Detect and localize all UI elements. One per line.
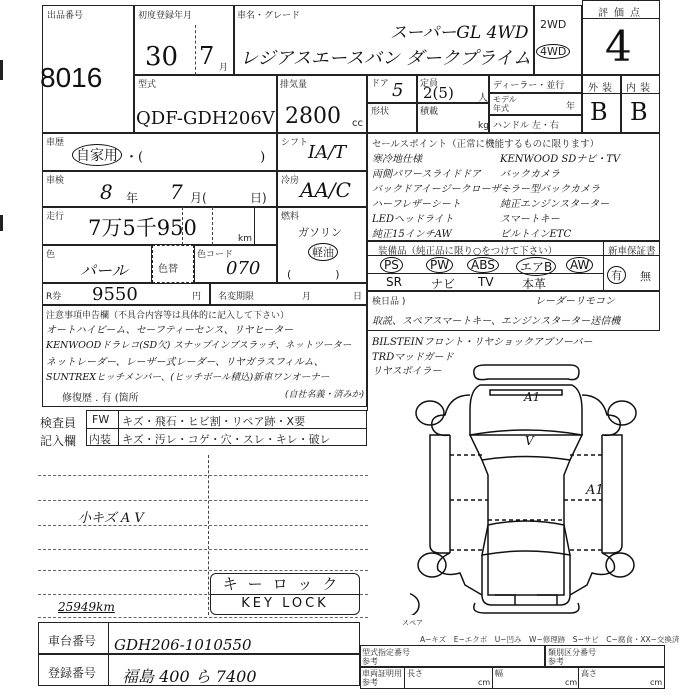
chassis-label: 車台番号 (48, 632, 96, 649)
divider (367, 273, 603, 274)
inspection-month-unit: 月( (190, 189, 207, 206)
scan-edge-mark (0, 215, 3, 231)
inspection-box (42, 171, 277, 207)
sales-point-left-2: 両側パワースライドドア (372, 165, 481, 180)
mileage-label: 走行 (46, 209, 64, 222)
sales-point-right-5: スマートキー (500, 210, 560, 225)
aircon-value: AA/C (300, 178, 351, 202)
sales-point-left-1: 寒冷地仕様 (372, 150, 422, 165)
capacity-unit: 人 (478, 89, 488, 104)
scan-edge-mark (0, 60, 3, 80)
equipment-leather: 本革 (522, 275, 546, 292)
divider (582, 93, 660, 94)
fuel-label: 燃料 (281, 209, 299, 222)
remarks-label: 注意事項申告欄（不具合内容等は具体的に記入して下さい） (46, 308, 289, 321)
registration-label: 登録番号 (48, 664, 96, 681)
inspection-month: 7 (170, 180, 183, 204)
first-registration-year: 30 (145, 42, 178, 72)
dimensions-box (360, 667, 665, 689)
accessories-line-1: レーダーリモコン (535, 292, 615, 307)
note-line (38, 617, 368, 618)
divider (182, 207, 183, 245)
registration-value: 福島 400 ら 7400 (122, 664, 257, 687)
sales-point-left-3: バックドアイージークローザー (372, 180, 511, 195)
model-year-label: モデル年式 (493, 95, 523, 113)
damage-mark-hood: A1 (524, 390, 540, 404)
divider (208, 455, 209, 615)
width-unit: cm (565, 678, 577, 687)
recycle-label: R券 (46, 289, 61, 302)
cert-label: 車両証明用 参考 (362, 669, 404, 687)
sales-point-left-4: ハーフレザーシート (372, 195, 461, 210)
divider (195, 25, 196, 75)
remarks-tail-note: (自社名義・済みか) (285, 387, 364, 400)
interior-label: 内装 (626, 79, 654, 94)
model-label: 型式 (138, 77, 156, 90)
length-label: 長さ (407, 668, 423, 679)
first-registration-label: 初度登録年月 (138, 8, 192, 21)
chassis-value: GDH206-1010550 (114, 636, 252, 654)
handle-label: ハンドル 左・右 (493, 118, 559, 131)
inspection-label: 車検 (46, 173, 64, 186)
inspection-year: 8 (100, 180, 113, 204)
capacity-value: 2(5) (423, 84, 454, 102)
damage-legend: A−キズ E−エクボ U−凹み W−修理跡 S−サビ C−腐食・XX−交換済 (420, 634, 679, 645)
sales-point-right-6: ビルトインETC (500, 225, 571, 240)
score-label: 評価点 (598, 4, 646, 19)
recycle-unit: 円 (192, 289, 201, 302)
remarks-line-4: SUNTREXヒッチメンバー、(ヒッチボール積込)新車ワンオーナー (46, 369, 329, 383)
type-designation-label: 型式指定番号 参考 (362, 648, 412, 666)
accessories-line-2: 取説、スペアスマートキー、エンジンスターター送信機 (372, 312, 620, 327)
inspection-year-unit: 年 (126, 189, 138, 206)
divider (404, 667, 405, 689)
sales-point-left-5: LEDヘッドライト (372, 210, 454, 225)
history-suffix: ・( ) (125, 146, 265, 165)
width-label: 幅 (495, 668, 503, 679)
sales-point-right-2: バックカメラ (500, 165, 560, 180)
height-unit: cm (650, 678, 662, 687)
note-line (38, 500, 368, 501)
color-change-label: 色替 (158, 260, 178, 275)
inspector-label-2: 記入欄 (40, 432, 76, 449)
inspector-label-1: 検査員 (40, 414, 76, 431)
spare-label: スペア (402, 618, 423, 628)
divider (603, 241, 604, 291)
repair-history-label: 修復歴 . 有 (箇所 (62, 389, 139, 404)
equipment-airbag: エアB (516, 257, 556, 276)
lot-number: 8016 (40, 62, 102, 94)
exterior-label: 外装 (588, 79, 616, 94)
equipment-sr: SR (386, 275, 402, 289)
load-unit: kg (478, 121, 489, 131)
aircon-label: 冷房 (281, 173, 299, 186)
name-change-month: 月 (302, 289, 311, 302)
remarks-line-2: KENWOODドラレコ(SD欠) スナップインブスラッチ、ネットツーター (46, 337, 351, 351)
fuel-option-diesel: 軽油 (308, 243, 338, 261)
car-grade: スーパーGL 4WD (390, 18, 529, 43)
key-lock-en: KEY LOCK (211, 594, 359, 613)
key-lock-box: キーロック KEY LOCK (210, 573, 360, 615)
mileage-value: 7万5千950 (88, 212, 197, 242)
sales-points-label: セールスポイント（正常に機能するものに限ります） (372, 136, 599, 150)
damage-mark-windshield: V (525, 434, 534, 448)
car-name-label: 車名・グレード (237, 8, 300, 21)
warranty-yes: 有 (607, 266, 626, 284)
history-label: 車歴 (46, 135, 64, 148)
note-line (38, 475, 368, 476)
drive-box (534, 5, 582, 75)
mileage-unit: km (238, 234, 252, 244)
month-unit: 月 (219, 60, 228, 73)
divider (254, 207, 255, 245)
inspector-fw-items: キズ・飛石・ヒビ割・リペア跡・X要 (122, 413, 305, 429)
doors-value: 5 (392, 80, 403, 101)
note-line (38, 570, 368, 571)
sales-point-left-6: 純正15インチAW (372, 225, 452, 240)
sales-point-right-1: KENWOOD SDナビ・TV (500, 150, 620, 165)
equipment-navi: ナビ (431, 275, 455, 292)
color-value: パール (80, 258, 128, 281)
equipment-ps: PS (380, 257, 403, 273)
key-lock-jp: キーロック (211, 574, 359, 594)
length-unit: cm (478, 678, 490, 687)
note-line (38, 549, 368, 550)
first-registration-month: 7 (199, 42, 214, 70)
model-value: QDF-GDH206V (136, 108, 275, 129)
history-value: 自家用 (72, 144, 122, 166)
doors-label: ドア (371, 76, 389, 89)
inspector-fw-label: FW (92, 413, 109, 426)
load-label: 積載 (420, 104, 438, 117)
inspector-interior-items: キズ・汚レ・コゲ・穴・スレ・キレ・破レ (122, 431, 331, 447)
interior-grade: B (630, 98, 648, 126)
sales-point-right-4: 純正エンジンスターター (500, 195, 609, 210)
name-change-label: 名変期限 (218, 289, 254, 302)
recycle-value: 9550 (92, 284, 138, 305)
name-change-day: 日 (353, 289, 362, 302)
accessories-label: 検日品 ) (372, 294, 405, 307)
lot-label: 出品番号 (47, 8, 83, 21)
equipment-abs: ABS (467, 257, 499, 273)
fuel-option-gasoline: ガソリン (298, 224, 342, 240)
shift-label: シフト (281, 135, 308, 148)
equipment-pw: PW (426, 257, 453, 273)
right-note-1: BILSTEINフロント・リヤショックアブソーバー (372, 333, 592, 348)
color-code-value: 070 (226, 258, 260, 279)
damage-mark-right-side: A1 (586, 483, 604, 498)
car-name: レジアスエースバン ダークプライム (240, 44, 531, 70)
height-label: 高さ (581, 668, 597, 679)
shift-value: IA/T (308, 142, 346, 163)
shape-label: 形状 (371, 104, 389, 117)
drive-2wd: 2WD (540, 18, 566, 31)
displacement-value: 2800 (285, 104, 341, 129)
handwritten-mileage: 25949km (58, 600, 115, 614)
displacement-unit: cc (352, 118, 363, 129)
divider (367, 331, 368, 411)
inspector-interior-label: 内装 (89, 431, 111, 447)
model-year-unit: 年 (566, 99, 575, 112)
warranty-label: 新車保証書 (608, 243, 656, 257)
handwritten-note: 小キズ A V (78, 507, 144, 526)
displacement-label: 排気量 (280, 77, 307, 90)
score-value: 4 (605, 22, 632, 71)
remarks-line-3: ネットレーダー、レーザー式レーダー、リヤガラスフィルム、 (46, 353, 324, 368)
sales-point-right-3: ミラー型バックカメラ (500, 180, 600, 195)
drive-4wd: 4WD (536, 44, 570, 59)
equipment-tv: TV (478, 275, 494, 289)
dealer-label: ディーラー・並行 (493, 78, 564, 91)
fuel-paren: ( ) (287, 266, 340, 282)
class-number-label: 類別区分番号 参考 (548, 648, 602, 666)
exterior-grade: B (590, 98, 608, 126)
remarks-line-1: オートハイビーム、セーフティーセンス、リヤヒーター (46, 321, 293, 336)
divider (492, 667, 493, 689)
inspection-day-unit: 日) (250, 189, 267, 206)
divider (578, 667, 579, 689)
divider (118, 410, 119, 446)
warranty-no: 無 (640, 268, 651, 284)
divider (212, 207, 213, 245)
color-label: 色 (46, 247, 55, 260)
